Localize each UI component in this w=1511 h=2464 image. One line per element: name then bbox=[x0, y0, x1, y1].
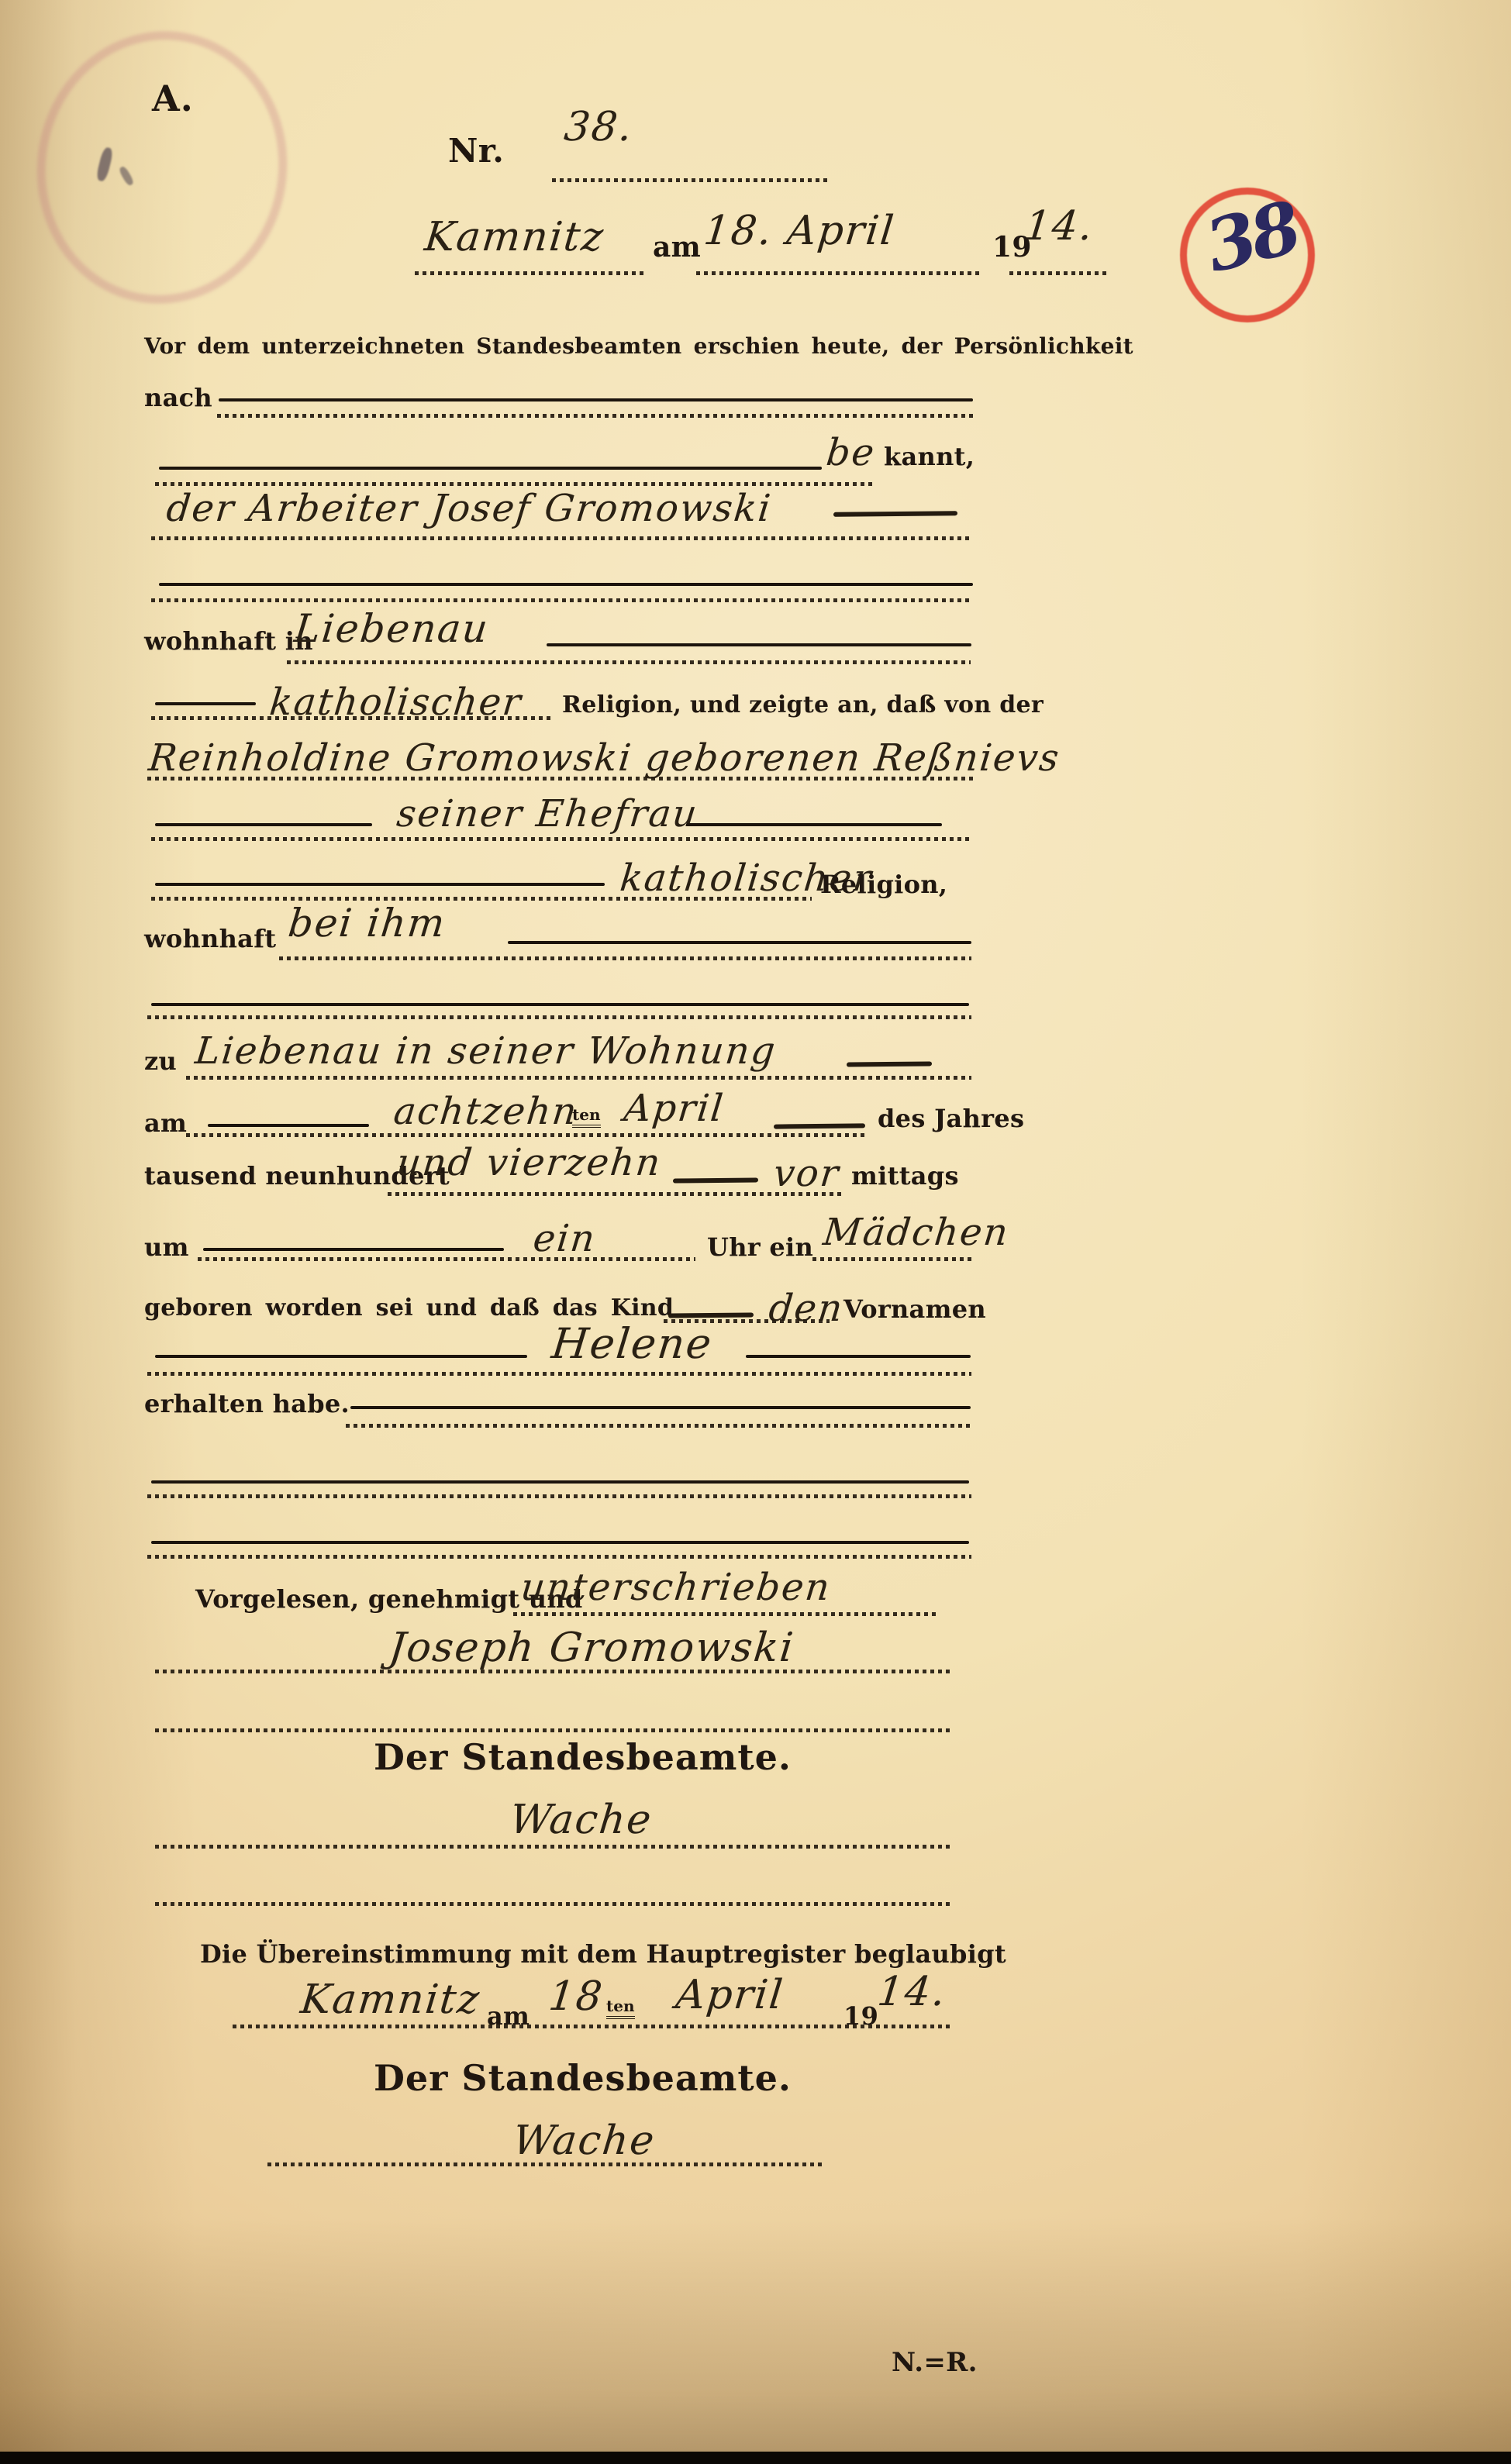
religion-declarant-label: Religion, und zeigte an, daß von der bbox=[562, 691, 1044, 719]
declarant-entry: der Arbeiter Josef Gromowski bbox=[164, 487, 774, 530]
birth-month-entry: April bbox=[622, 1087, 726, 1130]
form-rule bbox=[151, 1003, 969, 1006]
ten-suffix: ten bbox=[606, 1997, 635, 2019]
dotted-rule bbox=[155, 482, 876, 486]
certification-year-written: 14. bbox=[875, 1969, 949, 2015]
des-jahres-label: des Jahres bbox=[878, 1104, 1024, 1133]
dotted-rule bbox=[147, 1015, 971, 1019]
form-rule bbox=[155, 1355, 527, 1358]
form-rule bbox=[159, 467, 822, 470]
record-number-label: Nr. bbox=[448, 132, 504, 170]
dotted-rule bbox=[186, 1133, 867, 1137]
unterschrieben-entry: unterschrieben bbox=[519, 1566, 833, 1609]
form-rule bbox=[547, 643, 971, 646]
child-name-entry: Helene bbox=[550, 1319, 716, 1368]
certification-statement: Die Übereinstimmung mit dem Hauptregiste… bbox=[200, 1939, 1006, 1969]
registrar-title: Der Standesbeamte. bbox=[374, 2057, 792, 2099]
year-written: 14. bbox=[1023, 203, 1096, 250]
bekannt-printed: kannt, bbox=[884, 442, 975, 471]
certification-month-entry: April bbox=[674, 1972, 786, 2018]
year-words-entry: und vierzehn bbox=[395, 1141, 664, 1184]
dotted-rule bbox=[287, 660, 971, 664]
dotted-rule bbox=[198, 1257, 695, 1261]
dotted-rule bbox=[388, 1192, 845, 1196]
dotted-rule bbox=[1009, 271, 1109, 275]
form-rule bbox=[155, 702, 256, 705]
registrar-title: Der Standesbeamte. bbox=[374, 1736, 792, 1778]
dotted-rule bbox=[151, 716, 554, 720]
dotted-rule bbox=[155, 1845, 954, 1849]
bekannt-written: be bbox=[824, 431, 878, 474]
declarant-signature: Joseph Gromowski bbox=[387, 1625, 797, 1671]
form-rule bbox=[151, 1480, 969, 1484]
form-rule bbox=[203, 1248, 504, 1251]
record-number-value: 38. bbox=[562, 104, 636, 150]
dotted-rule bbox=[696, 271, 983, 275]
dotted-rule bbox=[415, 271, 647, 275]
form-rule bbox=[686, 823, 942, 826]
ink-dash bbox=[673, 1177, 758, 1183]
form-rule bbox=[155, 883, 605, 886]
ink-dash bbox=[833, 511, 957, 517]
mittags-label: mittags bbox=[851, 1161, 959, 1191]
dotted-rule bbox=[155, 1670, 954, 1673]
form-rule bbox=[155, 823, 372, 826]
dotted-rule bbox=[217, 414, 975, 418]
residence-entry: Liebenau bbox=[292, 606, 492, 651]
ink-dash bbox=[847, 1061, 932, 1067]
relation-entry: seiner Ehefrau bbox=[395, 792, 700, 836]
dotted-rule bbox=[155, 1728, 954, 1732]
dotted-rule bbox=[147, 1372, 971, 1376]
dotted-rule bbox=[151, 837, 973, 841]
dotted-rule bbox=[147, 1555, 971, 1559]
wohnhaft-in-label: wohnhaft in bbox=[144, 626, 313, 656]
nach-label: nach bbox=[144, 383, 212, 412]
certification-place-entry: Kamnitz bbox=[298, 1976, 483, 2023]
section-letter: A. bbox=[152, 78, 194, 119]
dotted-rule bbox=[147, 777, 973, 781]
uhr-ein-label: Uhr ein bbox=[707, 1232, 813, 1262]
birthtime-um-label: um bbox=[144, 1232, 189, 1262]
dotted-rule bbox=[233, 2025, 952, 2028]
dotted-rule bbox=[147, 1494, 971, 1498]
registrar-signature: Wache bbox=[511, 2118, 658, 2164]
birth-record-page: A. Nr. 38. 38 Kamnitz am 18. April 19 14… bbox=[0, 0, 1511, 2464]
faded-round-stamp bbox=[19, 15, 305, 319]
am-label: am bbox=[653, 231, 701, 264]
scan-edge bbox=[0, 2452, 1511, 2464]
geboren-label: geboren worden sei und daß das Kind bbox=[144, 1294, 674, 1322]
header-date-entry: 18. April bbox=[702, 208, 897, 254]
birth-hour-entry: ein bbox=[531, 1217, 599, 1260]
meridiem-entry: vor bbox=[771, 1152, 842, 1195]
religion-mother-label: Religion, bbox=[820, 870, 947, 899]
mother-residence-entry: bei ihm bbox=[286, 901, 448, 946]
dotted-rule bbox=[812, 1257, 974, 1261]
dotted-rule bbox=[151, 897, 812, 901]
birth-day-entry: achtzehn bbox=[392, 1090, 580, 1133]
dotted-rule bbox=[186, 1076, 971, 1080]
dotted-rule bbox=[346, 1424, 972, 1428]
form-rule bbox=[508, 941, 971, 944]
birthdate-am-label: am bbox=[144, 1108, 187, 1138]
footer-mark: N.=R. bbox=[892, 2347, 978, 2378]
dotted-rule bbox=[267, 2162, 822, 2166]
form-rule bbox=[746, 1355, 971, 1358]
dotted-rule bbox=[279, 956, 971, 960]
dotted-rule bbox=[151, 598, 973, 602]
intro-line: Vor dem unterzeichneten Standesbeamten e… bbox=[144, 333, 1133, 359]
form-rule bbox=[350, 1406, 971, 1409]
registrar-signature: Wache bbox=[508, 1797, 655, 1843]
header-place-entry: Kamnitz bbox=[423, 214, 607, 260]
child-sex-entry: Mädchen bbox=[821, 1211, 1011, 1254]
den-entry: den bbox=[767, 1287, 846, 1330]
form-rule bbox=[159, 583, 973, 586]
form-rule bbox=[219, 398, 973, 401]
ink-dash bbox=[774, 1123, 865, 1129]
birthplace-label: zu bbox=[144, 1046, 177, 1076]
mother-entry: Reinholdine Gromowski geborenen Reßnievs bbox=[147, 736, 1062, 780]
dotted-rule bbox=[552, 178, 831, 182]
certification-day-entry: 18 bbox=[547, 1973, 605, 2020]
ten-suffix: ten bbox=[572, 1105, 601, 1128]
birthplace-entry: Liebenau in seiner Wohnung bbox=[193, 1029, 778, 1073]
dotted-rule bbox=[155, 1902, 954, 1906]
form-rule bbox=[151, 1541, 969, 1544]
ink-dash bbox=[668, 1312, 754, 1318]
dotted-rule bbox=[513, 1612, 938, 1616]
dotted-rule bbox=[151, 536, 971, 540]
mother-residence-label: wohnhaft bbox=[144, 924, 276, 953]
erhalten-label: erhalten habe. bbox=[144, 1389, 350, 1418]
vornamen-label: Vornamen bbox=[843, 1294, 986, 1324]
form-rule bbox=[208, 1124, 369, 1127]
